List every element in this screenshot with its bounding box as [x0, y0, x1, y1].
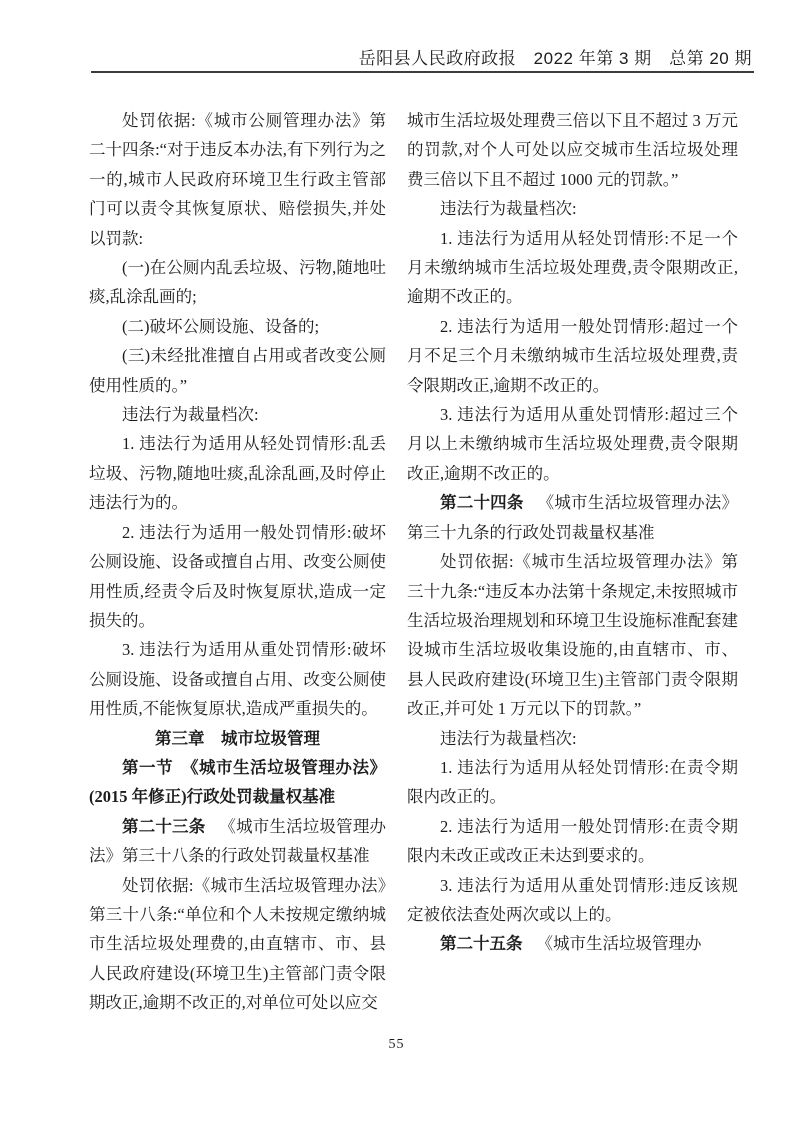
- discretion-levels-label: 违法行为裁量档次:: [89, 400, 386, 429]
- penalty-basis-article-38-paragraph: 处罚依据:《城市生活垃圾管理办法》第三十八条:“单位和个人未按规定缴纳城市生活垃…: [89, 871, 386, 1018]
- section-heading: 第一节 《城市生活垃圾管理办法》(2015 年修正)行政处罚裁量权基准: [89, 753, 386, 812]
- level-1-paragraph-2: 1. 违法行为适用从轻处罚情形:不足一个月未缴纳城市生活垃圾处理费,责令限期改正…: [407, 224, 738, 312]
- discretion-levels-label-3: 违法行为裁量档次:: [407, 724, 738, 753]
- article-25-title: 《城市生活垃圾管理办: [537, 934, 702, 953]
- header-rule: [91, 71, 754, 73]
- right-column: 城市生活垃圾处理费三倍以下且不超过 3 万元的罚款,对个人可处以应交城市生活垃圾…: [407, 106, 738, 1018]
- level-2-paragraph: 2. 违法行为适用一般处罚情形:破坏公厕设施、设备或擅自占用、改变公厕使用性质,…: [89, 518, 386, 636]
- clause-1-paragraph: (一)在公厕内乱丢垃圾、污物,随地吐痰,乱涂乱画的;: [89, 253, 386, 312]
- running-head: 岳阳县人民政府政报 2022 年第 3 期 总第 20 期: [91, 48, 752, 70]
- level-1-paragraph: 1. 违法行为适用从轻处罚情形:乱丢垃圾、污物,随地吐痰,乱涂乱画,及时停止违法…: [89, 429, 386, 517]
- level-3-paragraph-2: 3. 违法行为适用从重处罚情形:超过三个月以上未缴纳城市生活垃圾处理费,责令限期…: [407, 400, 738, 488]
- clause-3-paragraph: (三)未经批准擅自占用或者改变公厕使用性质的。”: [89, 341, 386, 400]
- penalty-basis-article-39-paragraph: 处罚依据:《城市生活垃圾管理办法》第三十九条:“违反本办法第十条规定,未按照城市…: [407, 547, 738, 723]
- article-23-heading: 第二十三条《城市生活垃圾管理办法》第三十八条的行政处罚裁量权基准: [89, 812, 386, 871]
- article-23-number: 第二十三条: [122, 817, 205, 836]
- document-body: 处罚依据:《城市公厕管理办法》第二十四条:“对于违反本办法,有下列行为之一的,城…: [89, 106, 738, 1018]
- left-column: 处罚依据:《城市公厕管理办法》第二十四条:“对于违反本办法,有下列行为之一的,城…: [89, 106, 386, 1018]
- chapter-heading: 第三章 城市垃圾管理: [89, 724, 386, 753]
- clause-2-paragraph: (二)破坏公厕设施、设备的;: [89, 312, 386, 341]
- penalty-basis-toilet-paragraph: 处罚依据:《城市公厕管理办法》第二十四条:“对于违反本办法,有下列行为之一的,城…: [89, 106, 386, 253]
- discretion-levels-label-2: 违法行为裁量档次:: [407, 194, 738, 223]
- document-page: 岳阳县人民政府政报 2022 年第 3 期 总第 20 期 处罚依据:《城市公厕…: [0, 0, 793, 1122]
- page-number: 55: [0, 1037, 793, 1053]
- article-24-number: 第二十四条: [440, 493, 524, 512]
- continuation-paragraph: 城市生活垃圾处理费三倍以下且不超过 3 万元的罚款,对个人可处以应交城市生活垃圾…: [407, 106, 738, 194]
- level-1-paragraph-3: 1. 违法行为适用从轻处罚情形:在责令期限内改正的。: [407, 753, 738, 812]
- article-25-number: 第二十五条: [440, 934, 523, 953]
- article-24-heading: 第二十四条《城市生活垃圾管理办法》第三十九条的行政处罚裁量权基准: [407, 488, 738, 547]
- level-2-paragraph-2: 2. 违法行为适用一般处罚情形:超过一个月不足三个月未缴纳城市生活垃圾处理费,责…: [407, 312, 738, 400]
- level-2-paragraph-3: 2. 违法行为适用一般处罚情形:在责令期限内未改正或改正未达到要求的。: [407, 812, 738, 871]
- article-25-heading: 第二十五条《城市生活垃圾管理办: [407, 929, 738, 958]
- level-3-paragraph: 3. 违法行为适用从重处罚情形:破坏公厕设施、设备或擅自占用、改变公厕使用性质,…: [89, 635, 386, 723]
- level-3-paragraph-3: 3. 违法行为适用从重处罚情形:违反该规定被依法查处两次或以上的。: [407, 871, 738, 930]
